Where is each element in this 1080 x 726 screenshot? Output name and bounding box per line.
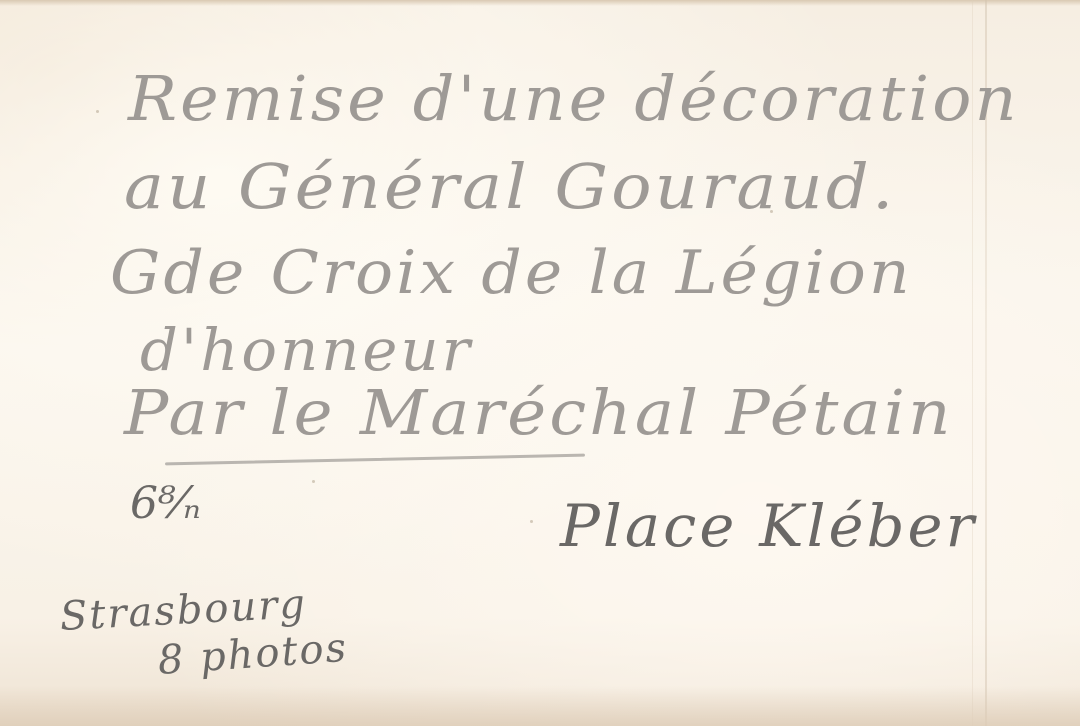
location-label: Place Kléber [560, 492, 977, 560]
inscription-line-5: Par le Maréchal Pétain [124, 376, 954, 449]
reference-number: 6⁸⁄ₙ [130, 478, 201, 529]
paper-speck [770, 210, 773, 213]
paper-bottom-edge [0, 686, 1080, 726]
paper-speck [530, 520, 533, 523]
inscription-underline [165, 454, 585, 466]
paper-top-edge [0, 0, 1080, 6]
paper-speck [96, 110, 99, 113]
paper-speck [312, 480, 315, 483]
photo-back-card: Remise d'une décoration au Général Goura… [0, 0, 1080, 726]
inscription-line-3: Gde Croix de la Légion [110, 238, 913, 308]
inscription-line-4: d'honneur [140, 316, 473, 384]
inscription-line-2: au Général Gouraud. [124, 150, 897, 223]
photo-count-label: 8 photos [156, 625, 349, 684]
inscription-line-1: Remise d'une décoration [128, 62, 1020, 135]
